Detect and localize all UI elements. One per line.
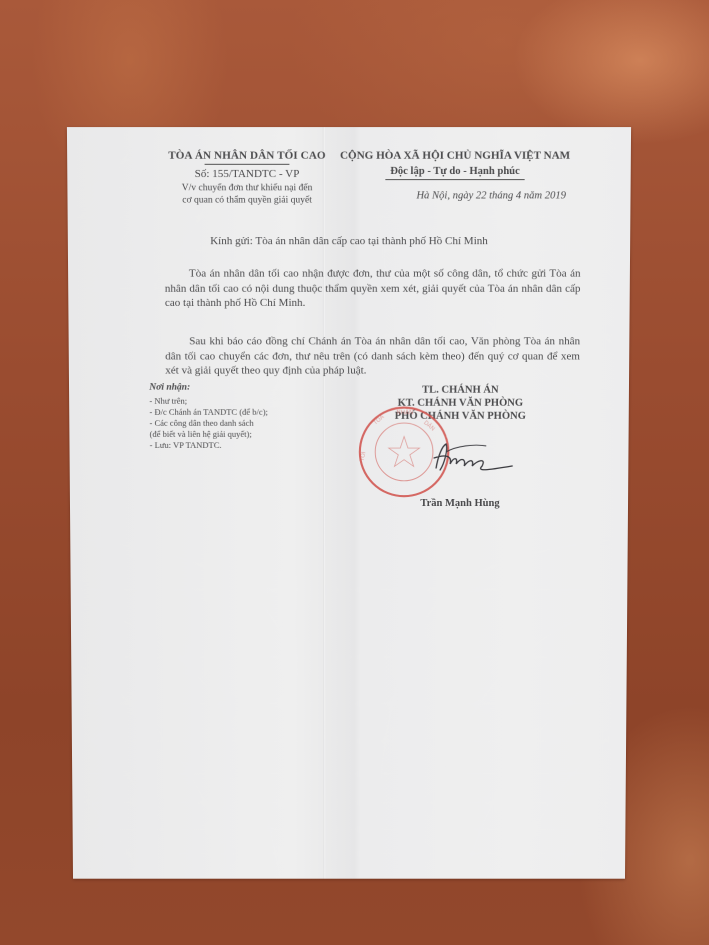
recipient-item: - Lưu: VP TANDTC. — [150, 440, 268, 451]
header-right: CỘNG HÒA XÃ HỘI CHỦ NGHĨA VIỆT NAM Độc l… — [334, 150, 576, 202]
paragraph-2: Sau khi báo cáo đồng chí Chánh án Tòa án… — [165, 334, 580, 378]
document-number: Số: 155/TANDTC - VP — [156, 168, 338, 180]
subject-line-1: V/v chuyển đơn thư khiếu nại đến — [156, 182, 338, 194]
motto-underline — [385, 179, 524, 180]
recipients-block: Nơi nhận: - Như trên; - Đ/c Chánh án TAN… — [149, 383, 268, 451]
signature-title-1: TL. CHÁNH ÁN — [366, 384, 555, 397]
handwritten-signature-icon — [416, 436, 516, 480]
recipient-item: - Đ/c Chánh án TANDTC (để b/c); — [149, 407, 268, 418]
paragraph-1: Tòa án nhân dân tối cao nhận được đơn, t… — [165, 266, 581, 310]
subject-line-2: cơ quan có thẩm quyền giải quyết — [156, 194, 338, 206]
recipient-line: Kính gửi: Tòa án nhân dân cấp cao tại th… — [68, 235, 630, 247]
document-paper: TÒA ÁN NHÂN DÂN TỐI CAO Số: 155/TANDTC -… — [67, 127, 631, 879]
signature-block: TL. CHÁNH ÁN KT. CHÁNH VĂN PHÒNG PHÓ CHÁ… — [366, 384, 555, 423]
signer-name: Trần Mạnh Hùng — [366, 498, 554, 509]
nation-name: CỘNG HÒA XÃ HỘI CHỦ NGHĨA VIỆT NAM — [334, 150, 576, 162]
svg-text:NHÂN: NHÂN — [396, 409, 413, 416]
recipient-item: - Các công dân theo danh sách — [149, 418, 267, 429]
paragraph-2-text: Sau khi báo cáo đồng chí Chánh án Tòa án… — [165, 334, 580, 378]
place-date: Hà Nội, ngày 22 tháng 4 năm 2019 — [334, 190, 576, 201]
recipients-title: Nơi nhận: — [149, 383, 268, 394]
paragraph-1-text: Tòa án nhân dân tối cao nhận được đơn, t… — [165, 266, 581, 310]
recipient-item: - Như trên; — [149, 396, 268, 407]
recipient-item: (để biết và liên hệ giải quyết); — [150, 429, 268, 440]
agency-underline — [205, 164, 290, 165]
header-left: TÒA ÁN NHÂN DÂN TỐI CAO Số: 155/TANDTC -… — [156, 150, 338, 207]
issuing-agency: TÒA ÁN NHÂN DÂN TỐI CAO — [156, 150, 338, 162]
national-motto: Độc lập - Tự do - Hạnh phúc — [334, 166, 576, 177]
